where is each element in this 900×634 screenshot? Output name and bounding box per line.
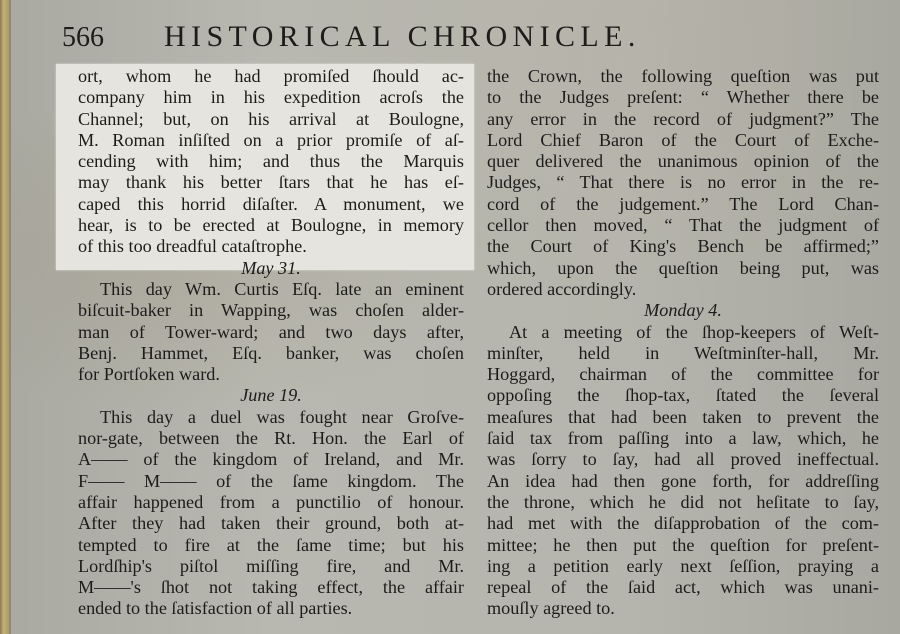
- text-line: M. Roman inſiſted on a prior promiſe of …: [78, 130, 464, 151]
- text-line: oppoſing the ſhop-tax, ſtated the ſevera…: [487, 385, 879, 406]
- text-line: ended to the ſatisfaction of all parties…: [78, 598, 464, 619]
- text-line: of this too dreadful cataſtrophe.: [78, 236, 464, 257]
- text-line: may thank his better ſtars that he has e…: [78, 172, 464, 193]
- entry-date: May 31.: [78, 258, 464, 279]
- text-line: ort, whom he had promiſed ſhould ac-: [78, 66, 464, 87]
- page-gutter-line: [9, 0, 11, 634]
- entry-may-31: May 31. This day Wm. Curtis Eſq. late an…: [78, 258, 464, 386]
- text-line: had met with the diſapprobation of the c…: [487, 513, 879, 534]
- text-line: to the Judges preſent: “ Whether there b…: [487, 87, 879, 108]
- entry-date: Monday 4.: [487, 300, 879, 321]
- text-line: At a meeting of the ſhop-keepers of Weſt…: [487, 322, 879, 343]
- text-line: Lord Chief Baron of the Court of Exche-: [487, 130, 879, 151]
- entry-june-19: June 19. This day a duel was fought near…: [78, 385, 464, 619]
- text-line: Hoggard, chairman of the committee for: [487, 364, 879, 385]
- scanned-page: 566 HISTORICAL CHRONICLE. ort, whom he h…: [0, 0, 900, 634]
- text-line: Lordſhip's piſtol miſſing fire, and Mr.: [78, 556, 464, 577]
- running-head: 566 HISTORICAL CHRONICLE.: [62, 18, 862, 58]
- text-line: ordered accordingly.: [487, 279, 879, 300]
- text-line: An idea had then gone forth, for addreſſ…: [487, 471, 879, 492]
- left-column: ort, whom he had promiſed ſhould ac- com…: [78, 66, 464, 620]
- text-line: which, upon the queſtion being put, was: [487, 258, 879, 279]
- text-line: Benj. Hammet, Eſq. banker, was choſen: [78, 343, 464, 364]
- text-line: This day Wm. Curtis Eſq. late an eminent: [78, 279, 464, 300]
- entry-date: June 19.: [78, 385, 464, 406]
- text-line: ing a petition early next ſeſſion, prayi…: [487, 556, 879, 577]
- text-line: F—— M—— of the ſame kingdom. The: [78, 471, 464, 492]
- text-line: was ſorry to ſay, had all proved ineffec…: [487, 449, 879, 470]
- text-line: any error in the record of judgment?” Th…: [487, 109, 879, 130]
- text-line: M——'s ſhot not taking effect, the affair: [78, 577, 464, 598]
- page-number: 566: [62, 22, 104, 54]
- text-line: affair happened from a punctilio of hono…: [78, 492, 464, 513]
- text-line: mouſly agreed to.: [487, 598, 879, 619]
- text-line: ſaid tax from paſſing into a law, which,…: [487, 428, 879, 449]
- highlighted-passage: ort, whom he had promiſed ſhould ac- com…: [78, 66, 464, 258]
- entry-monday-4: Monday 4. At a meeting of the ſhop-keepe…: [487, 300, 879, 619]
- text-line: the Crown, the following queſtion was pu…: [487, 66, 879, 87]
- text-line: caped this horrid diſaſter. A monument, …: [78, 194, 464, 215]
- text-line: man of Tower-ward; and two days after,: [78, 322, 464, 343]
- text-line: minſter, held in Weſtminſter-hall, Mr.: [487, 343, 879, 364]
- text-line: nor-gate, between the Rt. Hon. the Earl …: [78, 428, 464, 449]
- text-line: mittee; he then put the queſtion for pre…: [487, 535, 879, 556]
- text-line: for Portſoken ward.: [78, 364, 464, 385]
- text-line: quer delivered the unanimous opinion of …: [487, 151, 879, 172]
- text-line: biſcuit-baker in Wapping, was choſen ald…: [78, 300, 464, 321]
- text-line: meaſures that had been taken to prevent …: [487, 407, 879, 428]
- text-line: repeal of the ſaid act, which was unani-: [487, 577, 879, 598]
- text-line: tempted to fire at the ſame time; but hi…: [78, 535, 464, 556]
- text-line: Channel; but, on his arrival at Boulogne…: [78, 109, 464, 130]
- text-line: cord of the judgement.” The Lord Chan-: [487, 194, 879, 215]
- text-line: A—— of the kingdom of Ireland, and Mr.: [78, 449, 464, 470]
- text-line: Judges, “ That there is no error in the …: [487, 172, 879, 193]
- text-line: the throne, which he did not heſitate to…: [487, 492, 879, 513]
- text-line: cellor then moved, “ That the judgment o…: [487, 215, 879, 236]
- text-line: cending with him; and thus the Marquis: [78, 151, 464, 172]
- text-line: After they had taken their ground, both …: [78, 513, 464, 534]
- text-line: hear, is to be erected at Boulogne, in m…: [78, 215, 464, 236]
- text-line: the Court of King's Bench be affirmed;”: [487, 236, 879, 257]
- text-line: company him in his expedition acroſs the: [78, 87, 464, 108]
- page-title: HISTORICAL CHRONICLE.: [164, 20, 641, 54]
- right-column: the Crown, the following queſtion was pu…: [487, 66, 879, 620]
- continuation-passage: the Crown, the following queſtion was pu…: [487, 66, 879, 300]
- page-edge: [0, 0, 9, 634]
- text-line: This day a duel was fought near Groſve-: [78, 407, 464, 428]
